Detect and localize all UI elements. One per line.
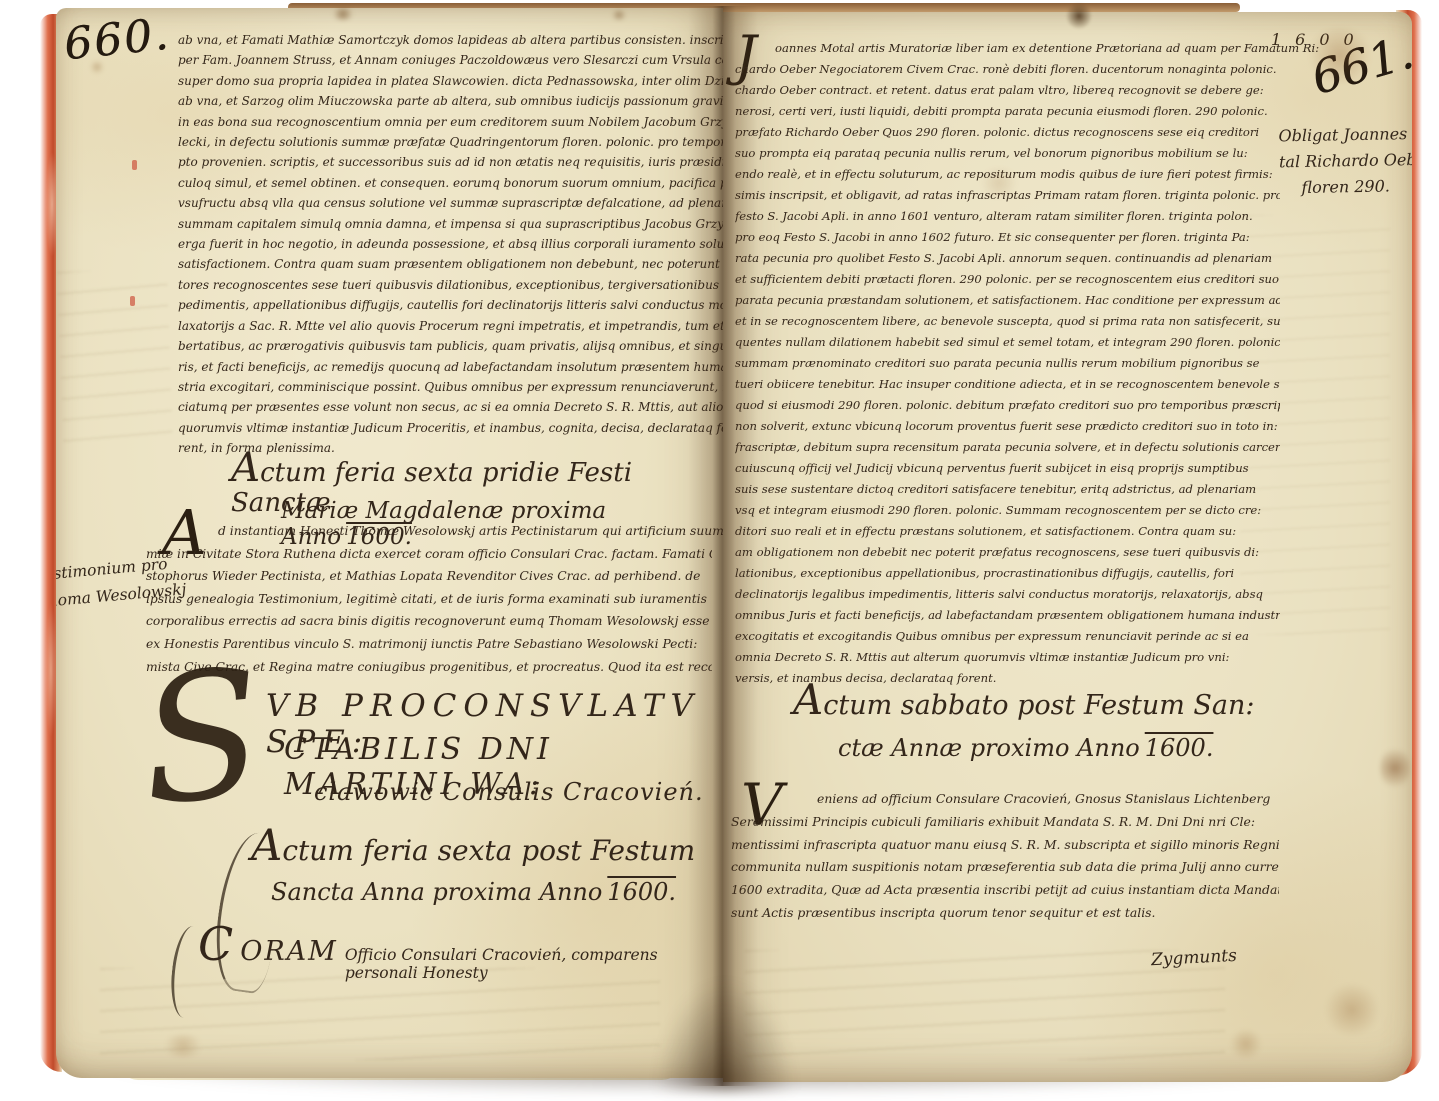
manuscript-line: pto provenien. scriptis, et successoribu… (178, 152, 723, 172)
red-margin-mark (130, 296, 135, 306)
manuscript-line: laxatorijs a Sac. R. Mtte vel alio quovi… (178, 316, 723, 336)
right-heading-1-line-1: Actum sabbato post Festum San: (793, 690, 1255, 721)
left-page: 660. Testimonium proThoma Wesolowskj ab … (56, 8, 723, 1078)
margin-note-line: tal Richardo Oeber (1279, 147, 1412, 176)
manuscript-line: festo S. Jacobi Apli. in anno 1601 ventu… (735, 206, 1280, 227)
manuscript-line: miæ in Civitate Stora Ruthena dicta exer… (146, 543, 712, 566)
manuscript-line: 1600 extradita, Quæ ad Acta præsentia in… (731, 879, 1279, 902)
manuscript-line: chardo Oeber contract. et retent. datus … (735, 80, 1280, 101)
manuscript-line: stria excogitari, comminiscique possint.… (178, 377, 723, 397)
manuscript-scan: 660. Testimonium proThoma Wesolowskj ab … (0, 0, 1439, 1101)
manuscript-line: ditori suo reali et in effectu præstans … (735, 521, 1280, 542)
heading-text: Sancta Anna proxima Anno (271, 878, 602, 906)
manuscript-line: mentissimi infrascripta quatuor manu eiu… (731, 834, 1279, 857)
manuscript-line: corporalibus errectis ad sacra binis dig… (146, 610, 712, 633)
manuscript-line: declinatorijs legalibus impedimentis, li… (735, 584, 1280, 605)
manuscript-line: oannes Motal artis Muratoriæ liber iam e… (735, 38, 1320, 59)
manuscript-line: ris, et facti beneficijs, ac remedijs qu… (178, 357, 723, 377)
red-margin-mark (132, 160, 137, 170)
manuscript-line: non solverit, extunc vbicunq locorum pro… (735, 416, 1280, 437)
heading-text: ctæ Annæ proximo Anno (838, 734, 1140, 762)
manuscript-line: culoq simul, et semel obtinen. et conseq… (178, 173, 723, 193)
manuscript-line: am obligationem non debebit nec poterit … (735, 542, 1280, 563)
manuscript-line: præfato Richardo Oeber Quos 290 floren. … (735, 122, 1280, 143)
manuscript-line: super domo sua propria lapidea in platea… (178, 71, 723, 91)
right-entry-1-text: oannes Motal artis Muratoriæ liber iam e… (735, 38, 1280, 689)
manuscript-line: pedimentis, appellationibus diffugijs, c… (178, 295, 723, 315)
manuscript-line: vsq et integram eiusmodi 290 floren. pol… (735, 500, 1280, 521)
manuscript-line: Seremissimi Principis cubiculi familiari… (731, 811, 1279, 834)
left-entry-1-text: ab vna, et Famati Mathiæ Samortczyk domo… (178, 30, 723, 459)
manuscript-line: communita nullam suspitionis notam præse… (731, 856, 1279, 879)
manuscript-line: omnibus Juris et facti beneficijs, ad la… (735, 605, 1280, 626)
heading-initial: A (231, 444, 260, 491)
manuscript-line: vsufructu absq vlla qua census solutione… (178, 193, 723, 213)
right-entry-2-text: eniens ad officium Consulare Cracovień, … (731, 788, 1279, 925)
coram-initial: C (198, 928, 233, 960)
manuscript-line: tueri obiicere tenebitur. Hac insuper co… (735, 374, 1280, 395)
manuscript-line: suis sese sustentare dictoq creditori sa… (735, 479, 1280, 500)
coram-rest: Officio Consulari Cracovień, comparens p… (345, 946, 723, 982)
manuscript-line: summam capitalem simulq omnia damna, et … (178, 214, 723, 234)
heading-initial: A (251, 821, 282, 871)
manuscript-line: et in se recognoscentem libere, ac benev… (735, 311, 1280, 332)
subproconsulatu-line-3: clawowic Consulis Cracovień. (314, 778, 704, 806)
calligraphic-initial-s: S (135, 655, 268, 822)
manuscript-line: simis inscripsit, et obligavit, ad ratas… (735, 185, 1280, 206)
manuscript-line: quorumvis vltimæ instantiæ Judicum Proce… (178, 418, 723, 438)
year-overlined: 1600. (1145, 734, 1214, 762)
manuscript-line: per Fam. Joannem Struss, et Annam coniug… (178, 50, 723, 70)
coram-line: C ORAM Officio Consulari Cracovień, comp… (198, 928, 723, 982)
margin-note-line: floren 290. (1279, 172, 1412, 201)
right-margin-note: Obligat Joannes Mo:tal Richardo Oeberflo… (1278, 121, 1412, 202)
manuscript-line: ipsius genealogia Testimonium, legitimè … (146, 588, 712, 611)
manuscript-line: parata pecunia præstandam solutionem, et… (735, 290, 1280, 311)
manuscript-line: ab vna, et Sarzog olim Miuczowska parte … (178, 91, 723, 111)
manuscript-line: et sufficientem debiti prætacti floren. … (735, 269, 1280, 290)
manuscript-line: quentes nullam dilationem habebit sed si… (735, 332, 1280, 353)
left-heading-2-line-2: Sancta Anna proxima Anno1600. (271, 878, 676, 906)
manuscript-line: summam prænominato creditori suo parata … (735, 353, 1280, 374)
manuscript-line: erga fuerit in hoc negotio, in adeunda p… (178, 234, 723, 254)
coram-word: ORAM (240, 936, 338, 967)
manuscript-line: pro eoq Festo S. Jacobi in anno 1602 fut… (735, 227, 1280, 248)
heading-text: ctum feria sexta post Festum (282, 834, 695, 867)
heading-initial: A (793, 675, 823, 724)
manuscript-line: lationibus, exceptionibus appellationibu… (735, 563, 1280, 584)
manuscript-line: satisfactionem. Contra quam suam præsent… (178, 254, 723, 274)
manuscript-line: nerosi, certi veri, iusti liquidi, debit… (735, 101, 1280, 122)
manuscript-line: stophorus Wieder Pectinista, et Mathias … (146, 565, 712, 588)
manuscript-line: endo realè, et in effectu soluturum, ac … (735, 164, 1280, 185)
clerk-signature: Zygmunts (1151, 946, 1238, 970)
manuscript-line: rata pecunia pro quolibet Festo S. Jacob… (735, 248, 1280, 269)
manuscript-line: chardo Oeber Negociatorem Civem Crac. ro… (735, 59, 1280, 80)
manuscript-line: tores recognoscentes sese tueri quibusvi… (178, 275, 723, 295)
manuscript-line: excogitatis et excogitandis Quibus omnib… (735, 626, 1280, 647)
year-overlined: 1600. (607, 878, 676, 906)
manuscript-line: quod si eiusmodi 290 floren. polonic. de… (735, 395, 1280, 416)
manuscript-line: cuiuscunq officij vel Judicij vbicunq pe… (735, 458, 1280, 479)
right-page: 1600 661. Obligat Joannes Mo:tal Richard… (723, 12, 1412, 1082)
manuscript-line: lecki, in defectu solutionis summæ præfa… (178, 132, 723, 152)
manuscript-line: frascriptæ, debitum supra recensitum par… (735, 437, 1280, 458)
manuscript-line: sunt Actis præsentibus inscripta quorum … (731, 902, 1279, 925)
heading-text: ctum sabbato post Festum San: (823, 690, 1254, 721)
left-page-number: 660. (62, 9, 173, 71)
margin-note-line: Obligat Joannes Mo: (1278, 121, 1412, 150)
manuscript-line: eniens ad officium Consulare Cracovień, … (731, 788, 1365, 811)
manuscript-line: omnia Decreto S. R. Mttis aut alterum qu… (735, 647, 1280, 668)
left-heading-2-line-1: Actum feria sexta post Festum (251, 834, 695, 867)
manuscript-line: d instantiam Honesti Thomæ Wesolowskj ar… (146, 520, 723, 543)
manuscript-line: bertatibus, ac prærogativis quibusvis ta… (178, 336, 723, 356)
manuscript-line: ciatumq per præsentes esse volunt non se… (178, 397, 723, 417)
manuscript-line: in eas bona sua recognoscentium omnia pe… (178, 112, 723, 132)
manuscript-line: ab vna, et Famati Mathiæ Samortczyk domo… (178, 30, 723, 50)
manuscript-line: suo prompta eiq parataq pecunia nullis r… (735, 143, 1280, 164)
right-heading-1-line-2: ctæ Annæ proximo Anno1600. (838, 734, 1213, 762)
